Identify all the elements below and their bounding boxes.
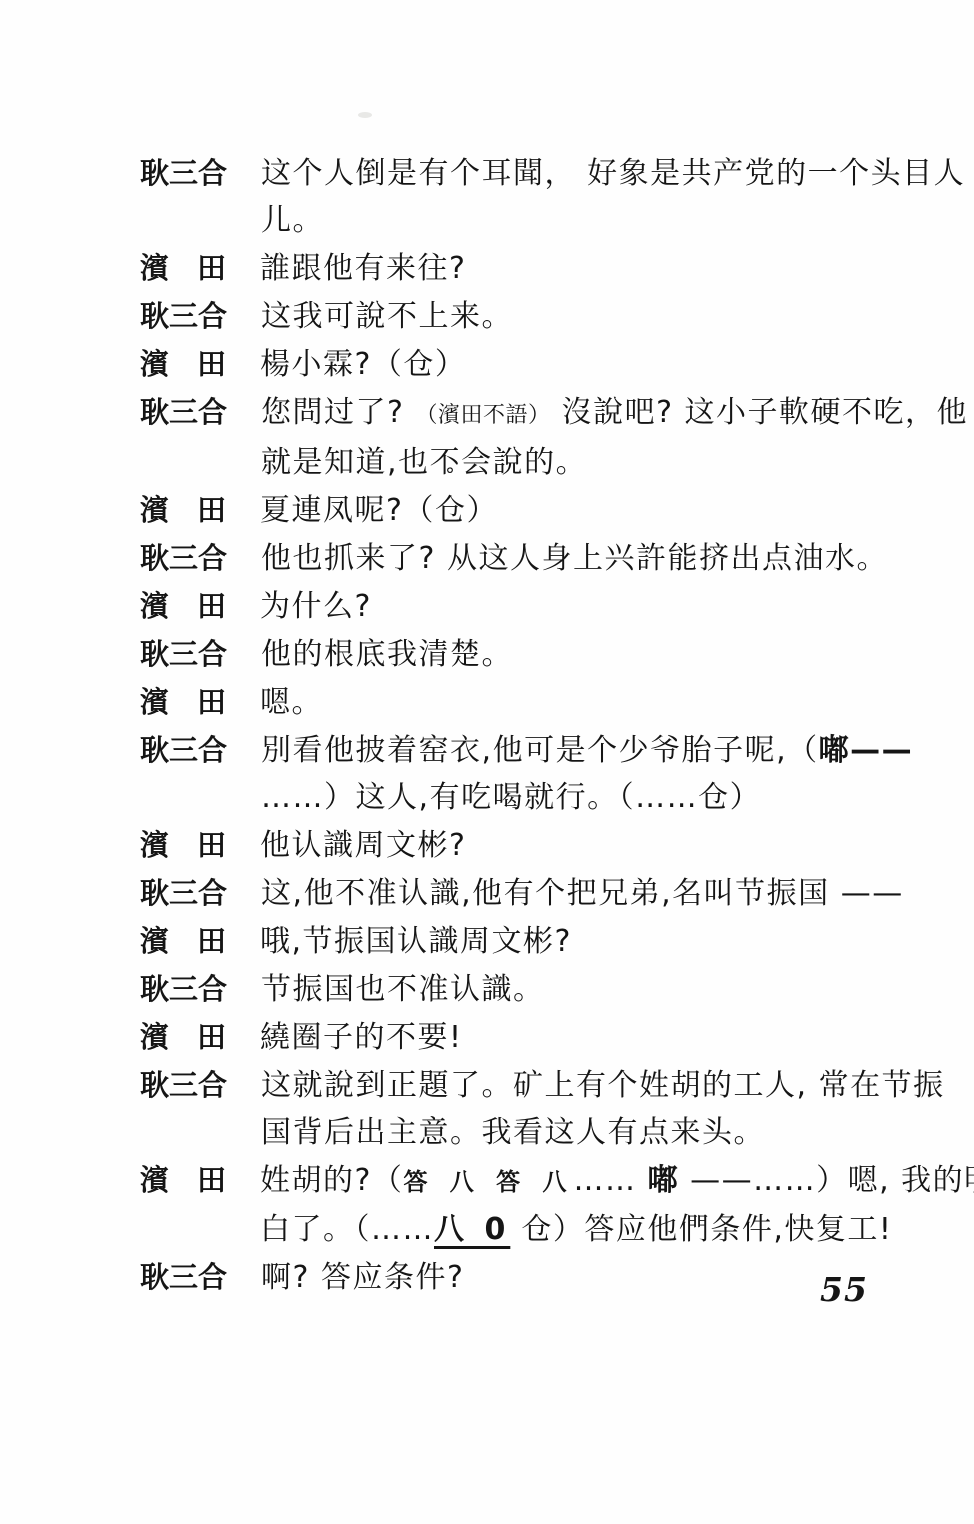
speaker-char: 合 [198,535,227,582]
text-segment: 儿。 [261,203,324,238]
dialogue-line: 这就說到正題了。矿上有个姓胡的工人, 常在节振 [261,1062,911,1109]
speaker-char: 濱 [140,583,169,630]
text-segment: 为什么? [260,589,372,624]
dialogue-line: 哦,节振国认識周文彬? [260,918,910,965]
dialogue-turn: 濱田楊小霖?（仓） [140,341,930,388]
dialogue-line: 他也抓来了? 从这人身上兴許能挤出点油水。 [261,535,911,582]
speaker-char: 濱 [140,679,169,726]
page-number: 55 [820,1270,868,1309]
text-segment: 您問过了? [261,395,415,430]
text-segment: 楊小霖?（仓） [260,347,466,382]
speaker-name: 濱田 [140,487,226,534]
dialogue-turn: 濱田誰跟他有来往? [140,245,930,292]
dialogue-turn: 耿三合您問过了? （濱田不語） 沒說吧? 这小子軟硬不吃，他就是知道,也不会說的… [140,389,930,486]
speaker-char: 田 [197,1014,226,1061]
speaker-char: 合 [198,1062,227,1109]
speaker-char: 濱 [140,245,169,292]
text-segment: 嗯。 [260,685,323,720]
dialogue-turn: 濱田繞圈子的不要! [140,1014,930,1061]
dialogue-lines: 哦,节振国认識周文彬? [260,918,910,965]
dialogue-turn: 耿三合节振国也不准认識。 [140,966,930,1013]
text-segment-perc: 答 八 答 八 [403,1168,573,1196]
text-segment: 节振国也不准认識。 [261,972,545,1007]
speaker-char: 合 [198,293,227,340]
text-segment-sd: （濱田不語） [416,403,551,428]
speaker-char: 耿 [140,1254,169,1301]
speaker-name: 耿三合 [140,727,227,774]
dialogue-line: 他认識周文彬? [260,822,910,869]
dialogue-line: 誰跟他有来往? [260,245,910,292]
speaker-char: 三 [169,293,198,340]
speaker-char: 田 [197,679,226,726]
speaker-char: 耿 [140,966,169,1013]
speaker-char: 濱 [140,822,169,869]
speaker-char: 耿 [140,727,169,774]
speaker-char: 濱 [140,341,169,388]
dialogue-line: 嗯。 [260,679,910,726]
speaker-name: 濱田 [140,822,226,869]
dialogue-lines: 节振国也不准认識。 [261,966,911,1013]
speaker-char: 三 [169,389,198,436]
speaker-char: 田 [197,341,226,388]
speaker-name: 耿三合 [140,631,227,678]
dialogue-line: 楊小霖?（仓） [260,341,910,388]
speaker-char: 耿 [140,389,169,436]
dialogue-turn: 耿三合別看他披着窑衣,他可是个少爷胎子呢,（嘟——……）这人,有吃喝就行。（……… [140,727,930,821]
speaker-name: 耿三合 [140,389,227,436]
dialogue-lines: 这就說到正題了。矿上有个姓胡的工人, 常在节振国背后出主意。我看这人有点来头。 [261,1062,911,1156]
speaker-char: 田 [197,1157,226,1204]
speaker-char: 濱 [140,918,169,965]
text-segment: ——……）嗯, 我的明 [679,1163,974,1198]
text-segment: 他的根底我清楚。 [261,637,513,672]
speaker-name: 耿三合 [140,535,227,582]
speaker-char: 三 [169,1062,198,1109]
speaker-name: 耿三合 [140,870,227,917]
dialogue-lines: 姓胡的?（答 八 答 八…… 嘟 ——……）嗯, 我的明白了。（……八 0 仓）… [260,1157,910,1253]
dialogue-lines: 夏連凤呢?（仓°） [260,487,910,534]
speaker-char: 合 [198,870,227,917]
dialogue-lines: 他的根底我清楚。 [261,631,911,678]
speaker-name: 濱田 [140,583,226,630]
dialogue-line: 姓胡的?（答 八 答 八…… 嘟 ——……）嗯, 我的明 [260,1157,910,1206]
text-segment: …… [574,1163,648,1198]
speaker-char: 三 [169,150,198,197]
speaker-char: 合 [198,631,227,678]
text-segment: 夏連凤呢?（ [260,493,435,528]
speaker-name: 濱田 [140,245,226,292]
dialogue-lines: 这我可說不上来。 [261,293,911,340]
dialogue-line: 夏連凤呢?（仓°） [260,487,910,534]
dialogue-turn: 耿三合这个人倒是有个耳聞， 好象是共产党的一个头目人儿。 [140,150,930,244]
dialogue-line: 別看他披着窑衣,他可是个少爷胎子呢,（嘟—— [261,727,911,774]
dialogue-line: 国背后出主意。我看这人有点来头。 [261,1109,911,1156]
scan-smudge [358,112,372,118]
speaker-char: 耿 [140,870,169,917]
dialogue-lines: 繞圈子的不要! [260,1014,910,1061]
dialogue-turn: 濱田他认識周文彬? [140,822,930,869]
speaker-char: 合 [198,1254,227,1301]
text-segment: 他也抓来了? 从这人身上兴許能挤出点油水。 [261,541,888,576]
dialogue-turn: 耿三合这我可說不上来。 [140,293,930,340]
speaker-name: 濱田 [140,341,226,388]
dialogue-line: 这我可說不上来。 [261,293,911,340]
text-segment: 誰跟他有来往? [260,251,466,286]
text-segment: 啊? 答应条件? [261,1260,464,1295]
dialogue-line: 节振国也不准认識。 [261,966,911,1013]
speaker-char: 合 [198,966,227,1013]
speaker-char: 合 [198,727,227,774]
dialogue-line: ……）这人,有吃喝就行。（……仓） [261,774,911,821]
text-segment: 哦,节振国认識周文彬? [260,924,572,959]
dialogue-line: 这,他不准认識,他有个把兄弟,名叫节振国 —— [261,870,911,917]
speaker-char: 合 [198,389,227,436]
speaker-name: 耿三合 [140,966,227,1013]
speaker-char: 三 [169,727,198,774]
speaker-name: 耿三合 [140,1254,227,1301]
dialogue-lines: 他也抓来了? 从这人身上兴許能挤出点油水。 [261,535,911,582]
dialogue-lines: 这个人倒是有个耳聞， 好象是共产党的一个头目人儿。 [261,150,911,244]
speaker-char: 田 [197,487,226,534]
text-segment: 就是知道,也不会說的。 [261,445,587,480]
text-segment: 別看他披着窑衣,他可是个少爷胎子呢,（ [261,733,819,768]
text-segment: 他认識周文彬? [260,828,466,863]
speaker-char: 田 [197,245,226,292]
speaker-char: 耿 [140,293,169,340]
dialogue-line: 繞圈子的不要! [260,1014,910,1061]
speaker-name: 耿三合 [140,150,227,197]
dialogue-turn: 耿三合啊? 答应条件? [140,1254,930,1301]
text-segment-u: 八 0 [434,1212,510,1247]
speaker-char: 合 [198,150,227,197]
text-segment: 这就說到正題了。矿上有个姓胡的工人, 常在节振 [261,1068,945,1103]
speaker-char: 耿 [140,1062,169,1109]
speaker-name: 耿三合 [140,1062,227,1109]
dialogue-lines: 为什么? [260,583,910,630]
speaker-char: 耿 [140,631,169,678]
speaker-char: 田 [197,918,226,965]
speaker-char: 濱 [140,1157,169,1204]
dialogue-turn: 濱田为什么? [140,583,930,630]
text-segment: 白了。（…… [260,1212,434,1247]
dialogue-lines: 这,他不准认識,他有个把兄弟,名叫节振国 —— [261,870,911,917]
dialogue-lines: 他认識周文彬? [260,822,910,869]
dialogue-line: 您問过了? （濱田不語） 沒說吧? 这小子軟硬不吃，他 [261,389,911,439]
speaker-char: 田 [197,822,226,869]
text-segment-b: 嘟—— [819,733,914,768]
dialogue-line: 这个人倒是有个耳聞， 好象是共产党的一个头目人 [261,150,911,197]
text-segment: ） [466,493,498,528]
dialogue-turn: 耿三合这就說到正題了。矿上有个姓胡的工人, 常在节振国背后出主意。我看这人有点来… [140,1062,930,1156]
text-segment-ring: 仓° [435,487,467,534]
dialogue-line: 就是知道,也不会說的。 [261,439,911,486]
speaker-char: 三 [169,870,198,917]
dialogue-turn: 濱田夏連凤呢?（仓°） [140,487,930,534]
speaker-char: 濱 [140,487,169,534]
dialogue-lines: 嗯。 [260,679,910,726]
text-segment: 姓胡的?（ [260,1163,403,1198]
dialogue-list: 耿三合这个人倒是有个耳聞， 好象是共产党的一个头目人儿。濱田誰跟他有来往?耿三合… [140,150,930,1302]
scanned-script-page: 耿三合这个人倒是有个耳聞， 好象是共产党的一个头目人儿。濱田誰跟他有来往?耿三合… [0,0,974,1524]
dialogue-line: 为什么? [260,583,910,630]
text-segment: 沒說吧? 这小子軟硬不吃，他 [551,395,969,430]
text-segment: ……）这人,有吃喝就行。（……仓） [261,780,761,815]
dialogue-line: 啊? 答应条件? [261,1254,911,1301]
dialogue-lines: 啊? 答应条件? [261,1254,911,1301]
dialogue-line: 白了。（……八 0 仓）答应他們条件,快复工! [260,1206,910,1253]
dialogue-turn: 濱田哦,节振国认識周文彬? [140,918,930,965]
speaker-char: 三 [169,631,198,678]
percussion-ring-mark: ° [445,466,456,485]
speaker-char: 濱 [140,1014,169,1061]
text-segment: 这,他不准认識,他有个把兄弟,名叫节振国 —— [261,876,904,911]
dialogue-lines: 楊小霖?（仓） [260,341,910,388]
speaker-name: 耿三合 [140,293,227,340]
text-segment: 国背后出主意。我看这人有点来头。 [261,1115,765,1150]
dialogue-turn: 耿三合他的根底我清楚。 [140,631,930,678]
dialogue-turn: 濱田嗯。 [140,679,930,726]
speaker-char: 三 [169,535,198,582]
dialogue-turn: 耿三合这,他不准认識,他有个把兄弟,名叫节振国 —— [140,870,930,917]
speaker-name: 濱田 [140,918,226,965]
dialogue-turn: 濱田姓胡的?（答 八 答 八…… 嘟 ——……）嗯, 我的明白了。（……八 0 … [140,1157,930,1253]
speaker-char: 三 [169,966,198,1013]
speaker-name: 濱田 [140,1157,226,1204]
text-segment: 这我可說不上来。 [261,299,513,334]
dialogue-lines: 您問过了? （濱田不語） 沒說吧? 这小子軟硬不吃，他就是知道,也不会說的。 [261,389,911,486]
speaker-char: 三 [169,1254,198,1301]
text-segment: 仓）答应他們条件,快复工! [510,1212,892,1247]
dialogue-line: 他的根底我清楚。 [261,631,911,678]
dialogue-lines: 別看他披着窑衣,他可是个少爷胎子呢,（嘟——……）这人,有吃喝就行。（……仓） [261,727,911,821]
speaker-char: 田 [197,583,226,630]
text-segment: 繞圈子的不要! [260,1020,463,1055]
dialogue-line: 儿。 [261,197,911,244]
speaker-name: 濱田 [140,1014,226,1061]
dialogue-lines: 誰跟他有来往? [260,245,910,292]
speaker-char: 耿 [140,150,169,197]
speaker-name: 濱田 [140,679,226,726]
dialogue-turn: 耿三合他也抓来了? 从这人身上兴許能挤出点油水。 [140,535,930,582]
text-segment-b: 嘟 [648,1163,680,1198]
speaker-char: 耿 [140,535,169,582]
text-segment: 这个人倒是有个耳聞， 好象是共产党的一个头目人 [261,156,965,191]
